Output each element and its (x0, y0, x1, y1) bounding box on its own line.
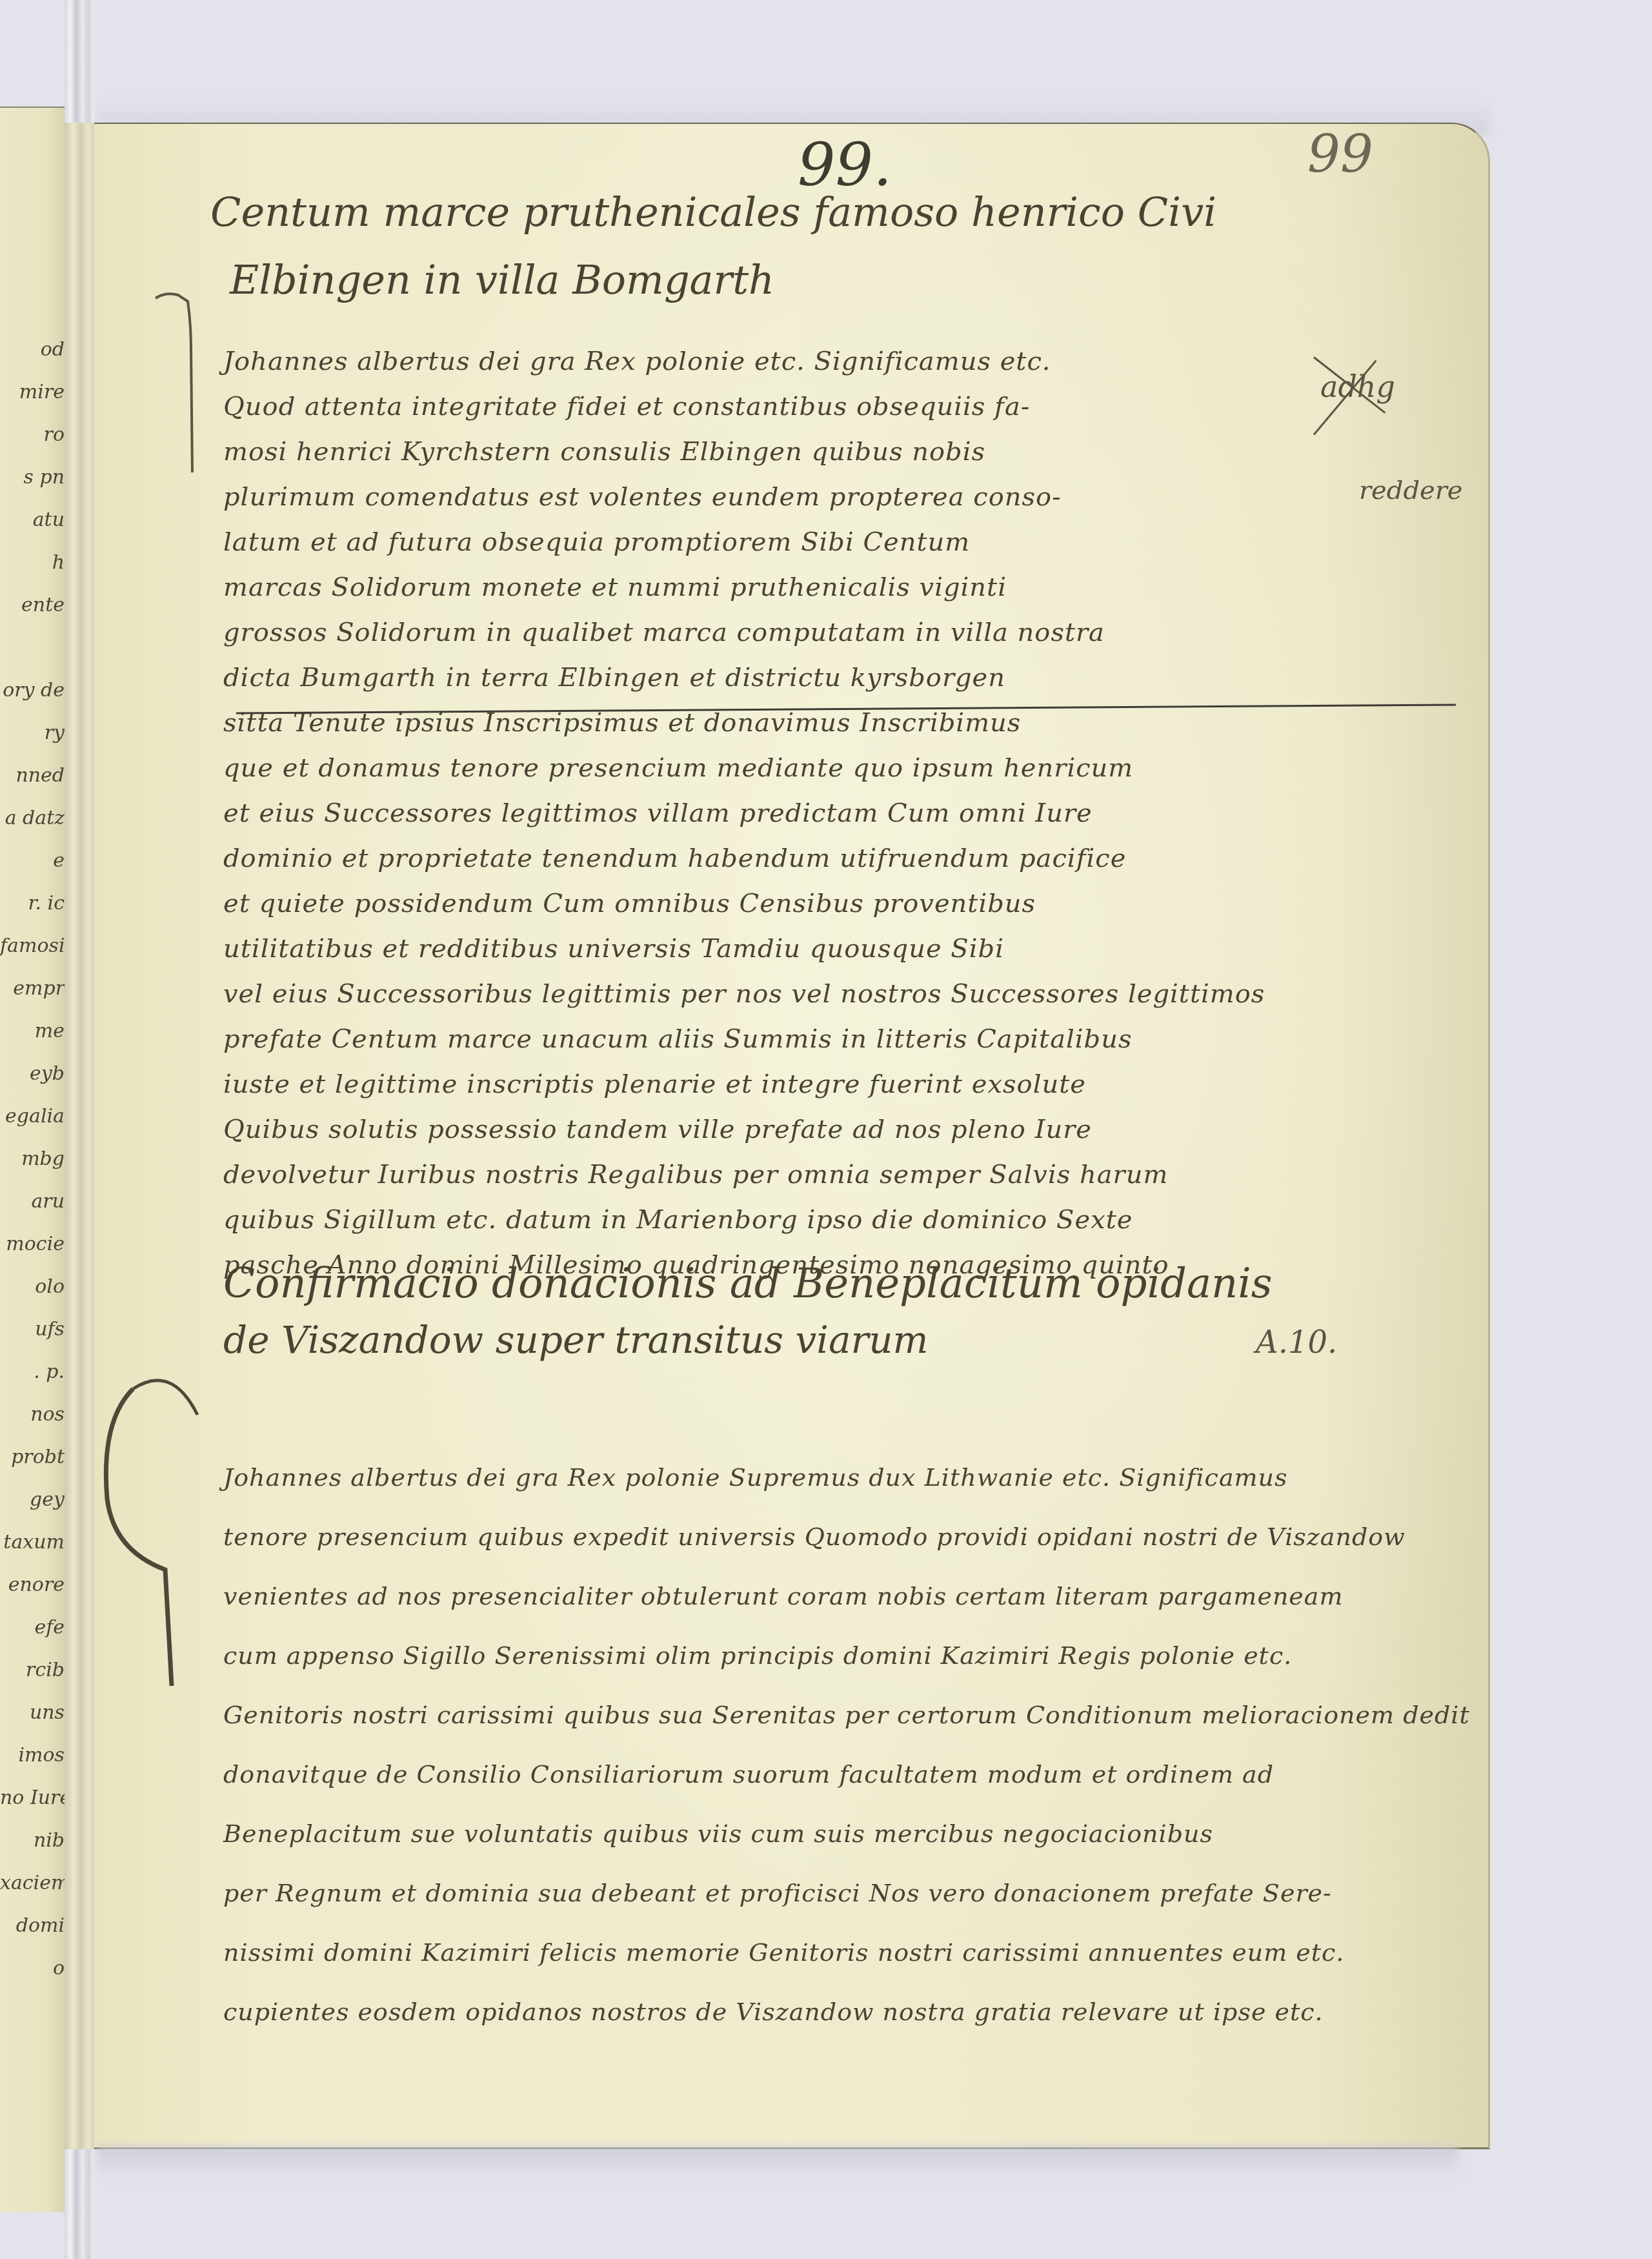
margin-fragment: olo (0, 1277, 65, 1320)
text-line: dicta Bumgarth in terra Elbingen et dist… (223, 663, 1005, 693)
margin-fragment: ry (0, 724, 65, 766)
entry1-margin-note: adhg (1320, 369, 1395, 404)
margin-fragment (0, 638, 65, 681)
text-line: utilitatibus et redditibus universis Tam… (223, 934, 1004, 964)
margin-fragment: ory de (0, 681, 65, 724)
margin-fragment: a datz (0, 809, 65, 851)
margin-fragment: s pn (0, 468, 65, 511)
text-line: prefate Centum marce unacum aliis Summis… (223, 1024, 1133, 1054)
margin-fragment: ro (0, 425, 65, 468)
page-shadow-bottom (97, 2146, 1458, 2178)
text-line: Quod attenta integritate fidei et consta… (223, 392, 1030, 421)
text-line: latum et ad futura obsequia promptiorem … (223, 527, 970, 557)
margin-fragment: empr (0, 979, 65, 1022)
text-line: plurimum comendatus est volentes eundem … (223, 482, 1062, 512)
margin-fragment: efe (0, 1618, 65, 1661)
margin-fragment: aru (0, 1192, 65, 1235)
entry2-heading-line-1: Confirmacio donacionis ad Beneplacitum o… (223, 1260, 1273, 1308)
margin-fragment: me (0, 1022, 65, 1064)
margin-fragment: rcib (0, 1661, 65, 1703)
text-line: dominio et proprietate tenendum habendum… (223, 844, 1126, 873)
margin-fragment: e (0, 851, 65, 894)
text-line: et eius Successores legittimos villam pr… (223, 798, 1093, 828)
text-line: Beneplacitum sue voluntatis quibus viis … (223, 1819, 1213, 1848)
margin-fragment: eyb (0, 1064, 65, 1107)
margin-fragment: uns (0, 1703, 65, 1746)
entry2-heading-line-2: de Viszandow super transitus viarum (223, 1318, 929, 1362)
left-page-margin-text: odmireros pnatuhenteory derynneda datzer… (0, 340, 65, 2001)
margin-fragment: nned (0, 766, 65, 809)
entry1-heading-line-1: Centum marce pruthenicales famoso henric… (210, 188, 1216, 236)
text-line: Genitoris nostri carissimi quibus sua Se… (223, 1701, 1470, 1729)
entry1-heading-line-2: Elbingen in villa Bomgarth (230, 256, 774, 303)
text-line: cum appenso Sigillo Serenissimi olim pri… (223, 1641, 1292, 1670)
margin-fragment: egalia (0, 1107, 65, 1150)
text-line: mosi henrici Kyrchstern consulis Elbinge… (223, 437, 985, 467)
text-line: per Regnum et dominia sua debeant et pro… (223, 1879, 1332, 1907)
folio-number-corner: 99 (1307, 124, 1373, 184)
margin-fragment: gey (0, 1490, 65, 1533)
margin-fragment: r. ic (0, 894, 65, 937)
text-line: tenore presencium quibus expedit univers… (223, 1523, 1405, 1551)
entry1-insert-note: reddere (1359, 476, 1462, 505)
text-line: marcas Solidorum monete et nummi pruthen… (223, 572, 1007, 602)
text-line: quibus Sigillum etc. datum in Marienborg… (223, 1205, 1133, 1235)
text-line: donavitque de Consilio Consiliariorum su… (223, 1760, 1274, 1788)
margin-fragment: mire (0, 383, 65, 425)
margin-fragment: mocie (0, 1235, 65, 1277)
margin-fragment: enore (0, 1575, 65, 1618)
margin-fragment: h (0, 553, 65, 596)
margin-fragment: famosi (0, 937, 65, 979)
left-page-edge: odmireros pnatuhenteory derynneda datzer… (0, 106, 65, 2212)
text-line: devolvetur Iuribus nostris Regalibus per… (223, 1160, 1168, 1190)
text-line: grossos Solidorum in qualibet marca comp… (223, 618, 1105, 647)
margin-fragment: domi (0, 1916, 65, 1959)
margin-fragment: od (0, 340, 65, 383)
margin-fragment: nib (0, 1831, 65, 1874)
text-line: Quibus solutis possessio tandem ville pr… (223, 1115, 1092, 1144)
text-line: cupientes eosdem opidanos nostros de Vis… (223, 1998, 1324, 2026)
margin-fragment: ufs (0, 1320, 65, 1362)
margin-fragment: atu (0, 511, 65, 553)
text-line: vel eius Successoribus legittimis per no… (223, 979, 1265, 1009)
text-line: et quiete possidendum Cum omnibus Censib… (223, 889, 1036, 918)
text-line: iuste et legittime inscriptis plenarie e… (223, 1069, 1086, 1099)
margin-fragment: no Iure (0, 1788, 65, 1831)
margin-fragment: imos (0, 1746, 65, 1788)
manuscript-page: 99. 99 Centum marce pruthenicales famoso… (94, 123, 1490, 2149)
margin-fragment: probt (0, 1448, 65, 1490)
margin-fragment: xaciem. (0, 1874, 65, 1916)
margin-fragment: . p. (0, 1362, 65, 1405)
text-line: nissimi domini Kazimiri felicis memorie … (223, 1938, 1344, 1967)
margin-fragment: nos (0, 1405, 65, 1448)
margin-fragment: taxum (0, 1533, 65, 1575)
text-line: venientes ad nos presencialiter obtuleru… (223, 1582, 1344, 1610)
binding-gutter-lower (65, 123, 94, 2149)
text-line: Johannes albertus dei gra Rex polonie et… (223, 347, 1051, 376)
text-line: Johannes albertus dei gra Rex polonie Su… (223, 1463, 1288, 1492)
margin-fragment: mbg (0, 1150, 65, 1192)
text-line: que et donamus tenore presencium mediant… (223, 753, 1133, 783)
entry2-margin-note: A.10. (1256, 1324, 1337, 1361)
margin-fragment: ente (0, 596, 65, 638)
margin-fragment: o (0, 1959, 65, 2001)
